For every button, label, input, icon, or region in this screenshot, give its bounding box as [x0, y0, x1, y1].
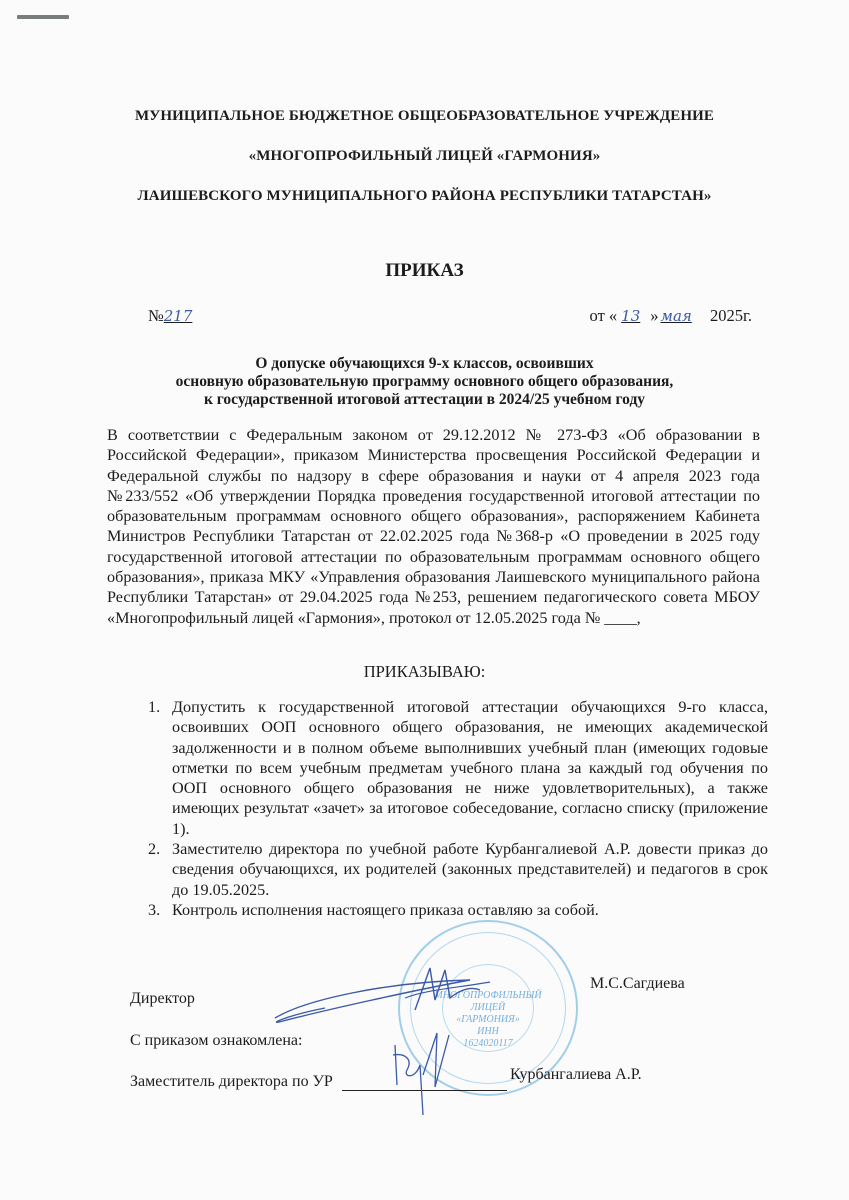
acknowledged-label: С приказом ознакомлена:: [130, 1032, 302, 1050]
org-header-line-1: МУНИЦИПАЛЬНОЕ БЮДЖЕТНОЕ ОБЩЕОБРАЗОВАТЕЛЬ…: [0, 108, 849, 125]
subject-line-3: к государственной итоговой аттестации в …: [0, 391, 849, 409]
date-month: мая: [659, 307, 706, 325]
director-name: М.С.Сагдиева: [590, 975, 685, 993]
order-number-value: 217: [164, 307, 193, 325]
order-date: от «13»мая 2025г.: [590, 306, 752, 326]
order-directive-label: ПРИКАЗЫВАЮ:: [0, 662, 849, 682]
date-year: 2025г.: [706, 306, 752, 325]
item-text: Заместителю директора по учебной работе …: [172, 840, 768, 899]
preamble-paragraph: В соответствии с Федеральным законом от …: [107, 425, 760, 628]
order-number: №217: [148, 306, 192, 326]
order-item: 3.Контроль исполнения настоящего приказа…: [148, 900, 768, 920]
order-item: 2.Заместителю директора по учебной работ…: [148, 839, 768, 900]
director-signature-icon: [265, 960, 495, 1030]
director-label: Директор: [130, 990, 195, 1008]
item-number: 2.: [148, 839, 160, 859]
scan-artifact-mark: [17, 15, 69, 19]
order-items-list: 1.Допустить к государственной итоговой а…: [148, 697, 768, 920]
date-prefix: от «: [590, 306, 618, 325]
deputy-label: Заместитель директора по УР: [130, 1073, 333, 1091]
deputy-signature-icon: [385, 1025, 465, 1120]
document-title: ПРИКАЗ: [0, 260, 849, 282]
order-item: 1.Допустить к государственной итоговой а…: [148, 697, 768, 839]
order-number-prefix: №: [148, 306, 164, 325]
item-number: 1.: [148, 697, 160, 717]
date-mid: »: [650, 306, 658, 325]
order-subject: О допуске обучающихся 9-х классов, освои…: [0, 355, 849, 409]
date-day: 13: [617, 307, 650, 325]
item-text: Допустить к государственной итоговой атт…: [172, 698, 768, 838]
document-page: МУНИЦИПАЛЬНОЕ БЮДЖЕТНОЕ ОБЩЕОБРАЗОВАТЕЛЬ…: [0, 0, 849, 1200]
deputy-name: Курбангалиева А.Р.: [510, 1066, 642, 1084]
subject-line-2: основную образовательную программу основ…: [0, 373, 849, 391]
org-header-line-3: ЛАИШЕВСКОГО МУНИЦИПАЛЬНОГО РАЙОНА РЕСПУБ…: [0, 188, 849, 205]
org-header-line-2: «МНОГОПРОФИЛЬНЫЙ ЛИЦЕЙ «ГАРМОНИЯ»: [0, 148, 849, 165]
item-text: Контроль исполнения настоящего приказа о…: [172, 901, 599, 919]
item-number: 3.: [148, 900, 160, 920]
subject-line-1: О допуске обучающихся 9-х классов, освои…: [0, 355, 849, 373]
